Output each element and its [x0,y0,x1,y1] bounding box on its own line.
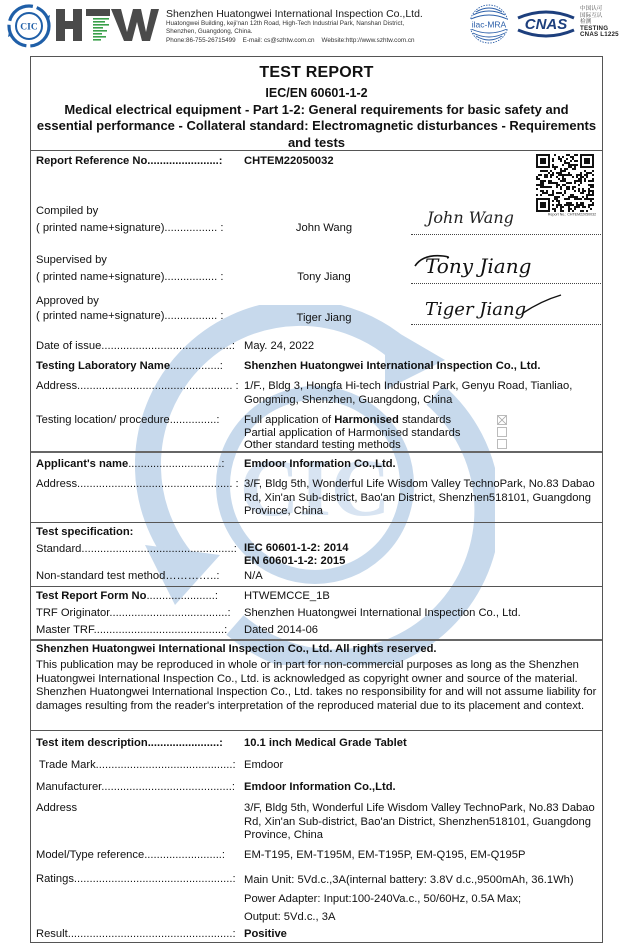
standard-value-iec: IEC 60601-1-2: 2014 [244,542,348,555]
procedure-option-other: Other standard testing methods [244,439,460,452]
checkbox-full-application[interactable] [497,415,507,425]
company-info: Shenzhen Huatongwei International Inspec… [166,8,466,45]
report-description: Medical electrical equipment - Part 1-2:… [35,102,598,151]
testing-lab-label-text: Testing Laboratory Name [36,360,170,372]
procedure-option-full: Full application of Harmonised standards [244,414,460,427]
testing-lab-dots: ................: [170,360,223,372]
company-name: Shenzhen Huatongwei International Inspec… [166,8,466,20]
lab-address-value: 1/F., Bldg 3, Hongfa Hi-tech Industrial … [244,380,599,407]
procedure-option-full-suffix: standards [399,414,451,426]
procedure-option-partial: Partial application of Harmonised standa… [244,427,460,440]
svg-text:John Wang: John Wang [424,208,514,227]
procedure-option-full-bold: Harmonised [334,414,399,426]
supervised-by-sublabel: ( printed name+signature)...............… [36,271,223,284]
cnas-code: CNAS L1225 [580,31,619,38]
manufacturer-label: Manufacturer............................… [36,781,235,794]
cic-logo-icon: CIC [6,3,52,49]
trf-form-label-text: Test Report Form No [36,590,146,602]
applicant-name-label-text: Applicant's name [36,458,128,470]
compiled-by-sublabel: ( printed name+signature)...............… [36,222,223,235]
signature-tiger-jiang: Tiger Jiang [423,291,563,325]
svg-text:CIC: CIC [20,23,38,33]
test-item-value: 10.1 inch Medical Grade Tablet [244,737,407,750]
model-value: EM-T195, EM-T195M, EM-T195P, EM-Q195, EM… [244,849,525,862]
checked-x-icon [498,416,506,424]
approved-by-label: Approved by [36,295,99,308]
applicant-address-label: Address.................................… [36,478,239,491]
rating-main-unit: Main Unit: 5Vd.c.,3A(internal battery: 3… [244,871,574,890]
svg-text:Report No.: CHTEM22050032: Report No.: CHTEM22050032 [548,213,596,217]
qr-code-icon[interactable]: Report No.: CHTEM22050032 [534,152,600,218]
trf-form-label: Test Report Form No.....................… [36,590,218,603]
divider [31,639,602,641]
test-item-label: Test item description...................… [36,737,223,750]
rating-power-adapter-input: Power Adapter: Input:100-240Va.c., 50/60… [244,890,574,909]
copyright-body: This publication may be reproduced in wh… [36,659,601,713]
compiled-by-name: John Wang [264,222,384,235]
testing-lab-label: Testing Laboratory Name................: [36,360,223,373]
master-trf-value: Dated 2014-06 [244,624,318,637]
cnas-logo-icon: CNAS [514,10,578,38]
supervised-by-label: Supervised by [36,254,107,267]
nonstandard-method-label: Non-standard test method…………..: [36,570,219,583]
report-frame: TEST REPORT IEC/EN 60601-1-2 Medical ele… [30,56,603,943]
trf-originator-label: TRF Originator..........................… [36,607,231,620]
trf-form-value: HTWEMCCE_1B [244,590,330,603]
compiled-by-label: Compiled by [36,205,98,218]
lab-address-label: Address.................................… [36,380,239,393]
trf-originator-value: Shenzhen Huatongwei International Inspec… [244,607,521,620]
signature-john-wang: John Wang [423,203,523,229]
testing-procedure-label: Testing location/ procedure.............… [36,414,219,427]
approved-by-sublabel: ( printed name+signature)...............… [36,310,223,323]
manufacturer-value: Emdoor Information Co.,Ltd. [244,781,396,794]
ilac-mra-logo-icon: ilac-MRA [464,2,514,46]
master-trf-label: Master TRF..............................… [36,624,227,637]
testing-lab-value: Shenzhen Huatongwei International Inspec… [244,360,540,373]
result-label: Result..................................… [36,928,236,941]
manufacturer-address-value: 3/F, Bldg 5th, Wonderful Life Wisdom Val… [244,802,599,843]
htw-logo-icon [56,8,159,42]
trade-mark-label: Trade Mark..............................… [36,759,236,772]
trf-form-dots: ......................: [146,590,218,602]
test-spec-heading: Test specification: [36,526,133,539]
divider [31,586,602,587]
company-contact: Phone:86-755-26715499 E-mail: cs@szhtw.c… [166,37,466,45]
checkbox-other-methods[interactable] [497,439,507,449]
date-of-issue-label: Date of issue...........................… [36,340,235,353]
ratings-label: Ratings.................................… [36,873,236,886]
svg-text:CNAS: CNAS [525,16,568,33]
checkbox-partial-application[interactable] [497,427,507,437]
manufacturer-address-label: Address [36,802,77,815]
procedure-options: Full application of Harmonised standards… [244,414,460,452]
company-address-line2: Shenzhen, Guangdong, China. [166,28,466,36]
report-standard: IEC/EN 60601-1-2 [31,86,602,100]
cnas-accreditation-text: 中国认可 国际互认 检测 TESTING CNAS L1225 [580,6,630,39]
result-value: Positive [244,928,287,941]
copyright-heading: Shenzhen Huatongwei International Inspec… [36,643,437,656]
supervised-by-name: Tony Jiang [264,271,384,284]
nonstandard-method-value: N/A [244,570,263,583]
standard-label: Standard................................… [36,543,237,556]
standard-value-en: EN 60601-1-2: 2015 [244,555,348,568]
company-address-line1: Huatongwei Building, keji'nan 12th Road,… [166,20,466,28]
date-of-issue-value: May. 24, 2022 [244,340,314,353]
divider [31,522,602,523]
svg-text:ilac-MRA: ilac-MRA [472,20,507,30]
title-block: TEST REPORT IEC/EN 60601-1-2 Medical ele… [31,57,602,151]
report-title: TEST REPORT [31,64,602,82]
letterhead: CIC Shenzhen Huatongwei International In… [0,0,632,52]
applicant-name-label: Applicant's name........................… [36,458,225,471]
svg-text:Tony Jiang: Tony Jiang [425,254,531,278]
rating-power-adapter-output: Output: 5Vd.c., 3A [244,908,574,927]
applicant-address-value: 3/F, Bldg 5th, Wonderful Life Wisdom Val… [244,478,599,519]
signature-tony-jiang: Tony Jiang [413,248,553,282]
model-label: Model/Type reference....................… [36,849,225,862]
svg-text:Tiger Jiang: Tiger Jiang [425,299,526,320]
divider [31,451,602,453]
applicant-name-value: Emdoor Information Co.,Ltd. [244,458,396,471]
standard-values: IEC 60601-1-2: 2014 EN 60601-1-2: 2015 [244,542,348,567]
applicant-name-dots: ..............................: [128,458,224,470]
procedure-option-full-prefix: Full application of [244,414,334,426]
report-reference-label: Report Reference No.....................… [36,155,223,168]
trade-mark-value: Emdoor [244,759,283,772]
cnas-cn-line1: 中国认可 [580,6,630,13]
ratings-values: Main Unit: 5Vd.c.,3A(internal battery: 3… [244,871,574,927]
report-reference-value: CHTEM22050032 [244,155,334,168]
divider [31,730,602,731]
approved-by-name: Tiger Jiang [264,312,384,325]
